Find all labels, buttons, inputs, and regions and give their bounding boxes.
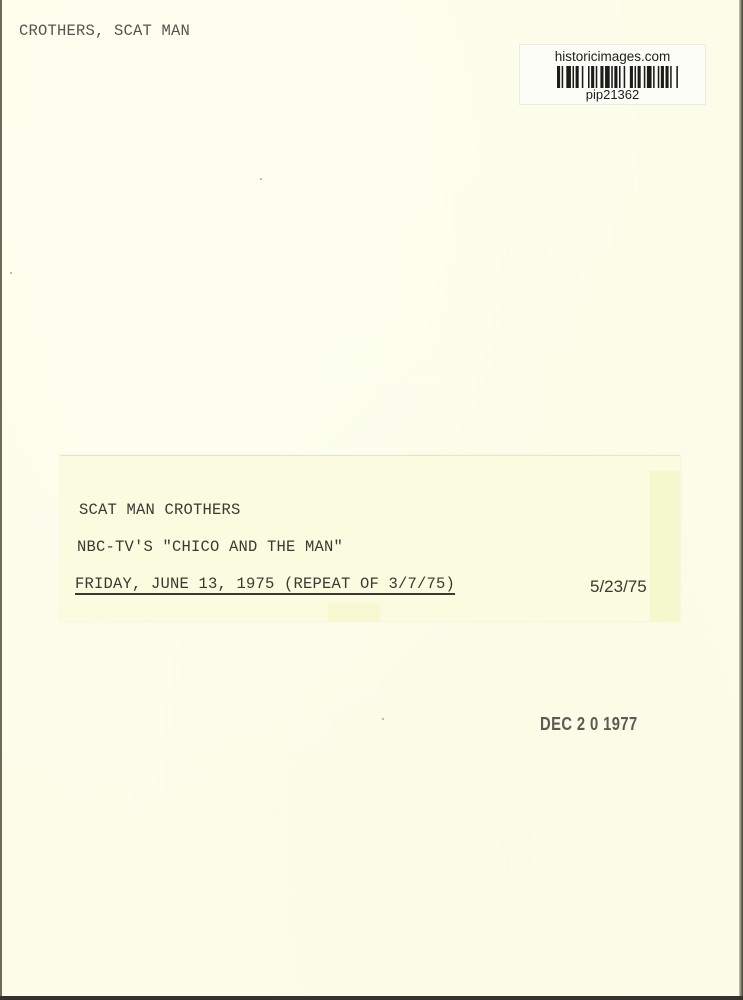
archive-sticker: historicimages.com pip21362 [519, 44, 706, 105]
scan-left-edge [0, 0, 2, 1000]
strip-tape-tab [328, 604, 380, 622]
caption-release-date: 5/23/75 [590, 577, 647, 597]
strip-fold-shading [650, 471, 680, 621]
barcode-icon [557, 66, 743, 88]
caption-line-show: NBC-TV'S "CHICO AND THE MAN" [77, 538, 343, 556]
received-date-stamp: DEC 2 0 1977 [540, 714, 638, 735]
scan-right-edge [739, 0, 743, 1000]
barcode-bar [678, 66, 681, 88]
scan-bottom-edge [0, 996, 743, 1000]
caption-line-airdate: FRIDAY, JUNE 13, 1975 (REPEAT OF 3/7/75) [75, 575, 455, 593]
paper-speck [10, 272, 12, 274]
sticker-site-name: historicimages.com [520, 49, 705, 64]
sticker-item-code: pip21362 [520, 87, 705, 102]
paper-speck [260, 178, 262, 180]
subject-label: CROTHERS, SCAT MAN [19, 22, 190, 40]
paper-speck [382, 718, 384, 720]
caption-line-subject: SCAT MAN CROTHERS [79, 501, 241, 519]
